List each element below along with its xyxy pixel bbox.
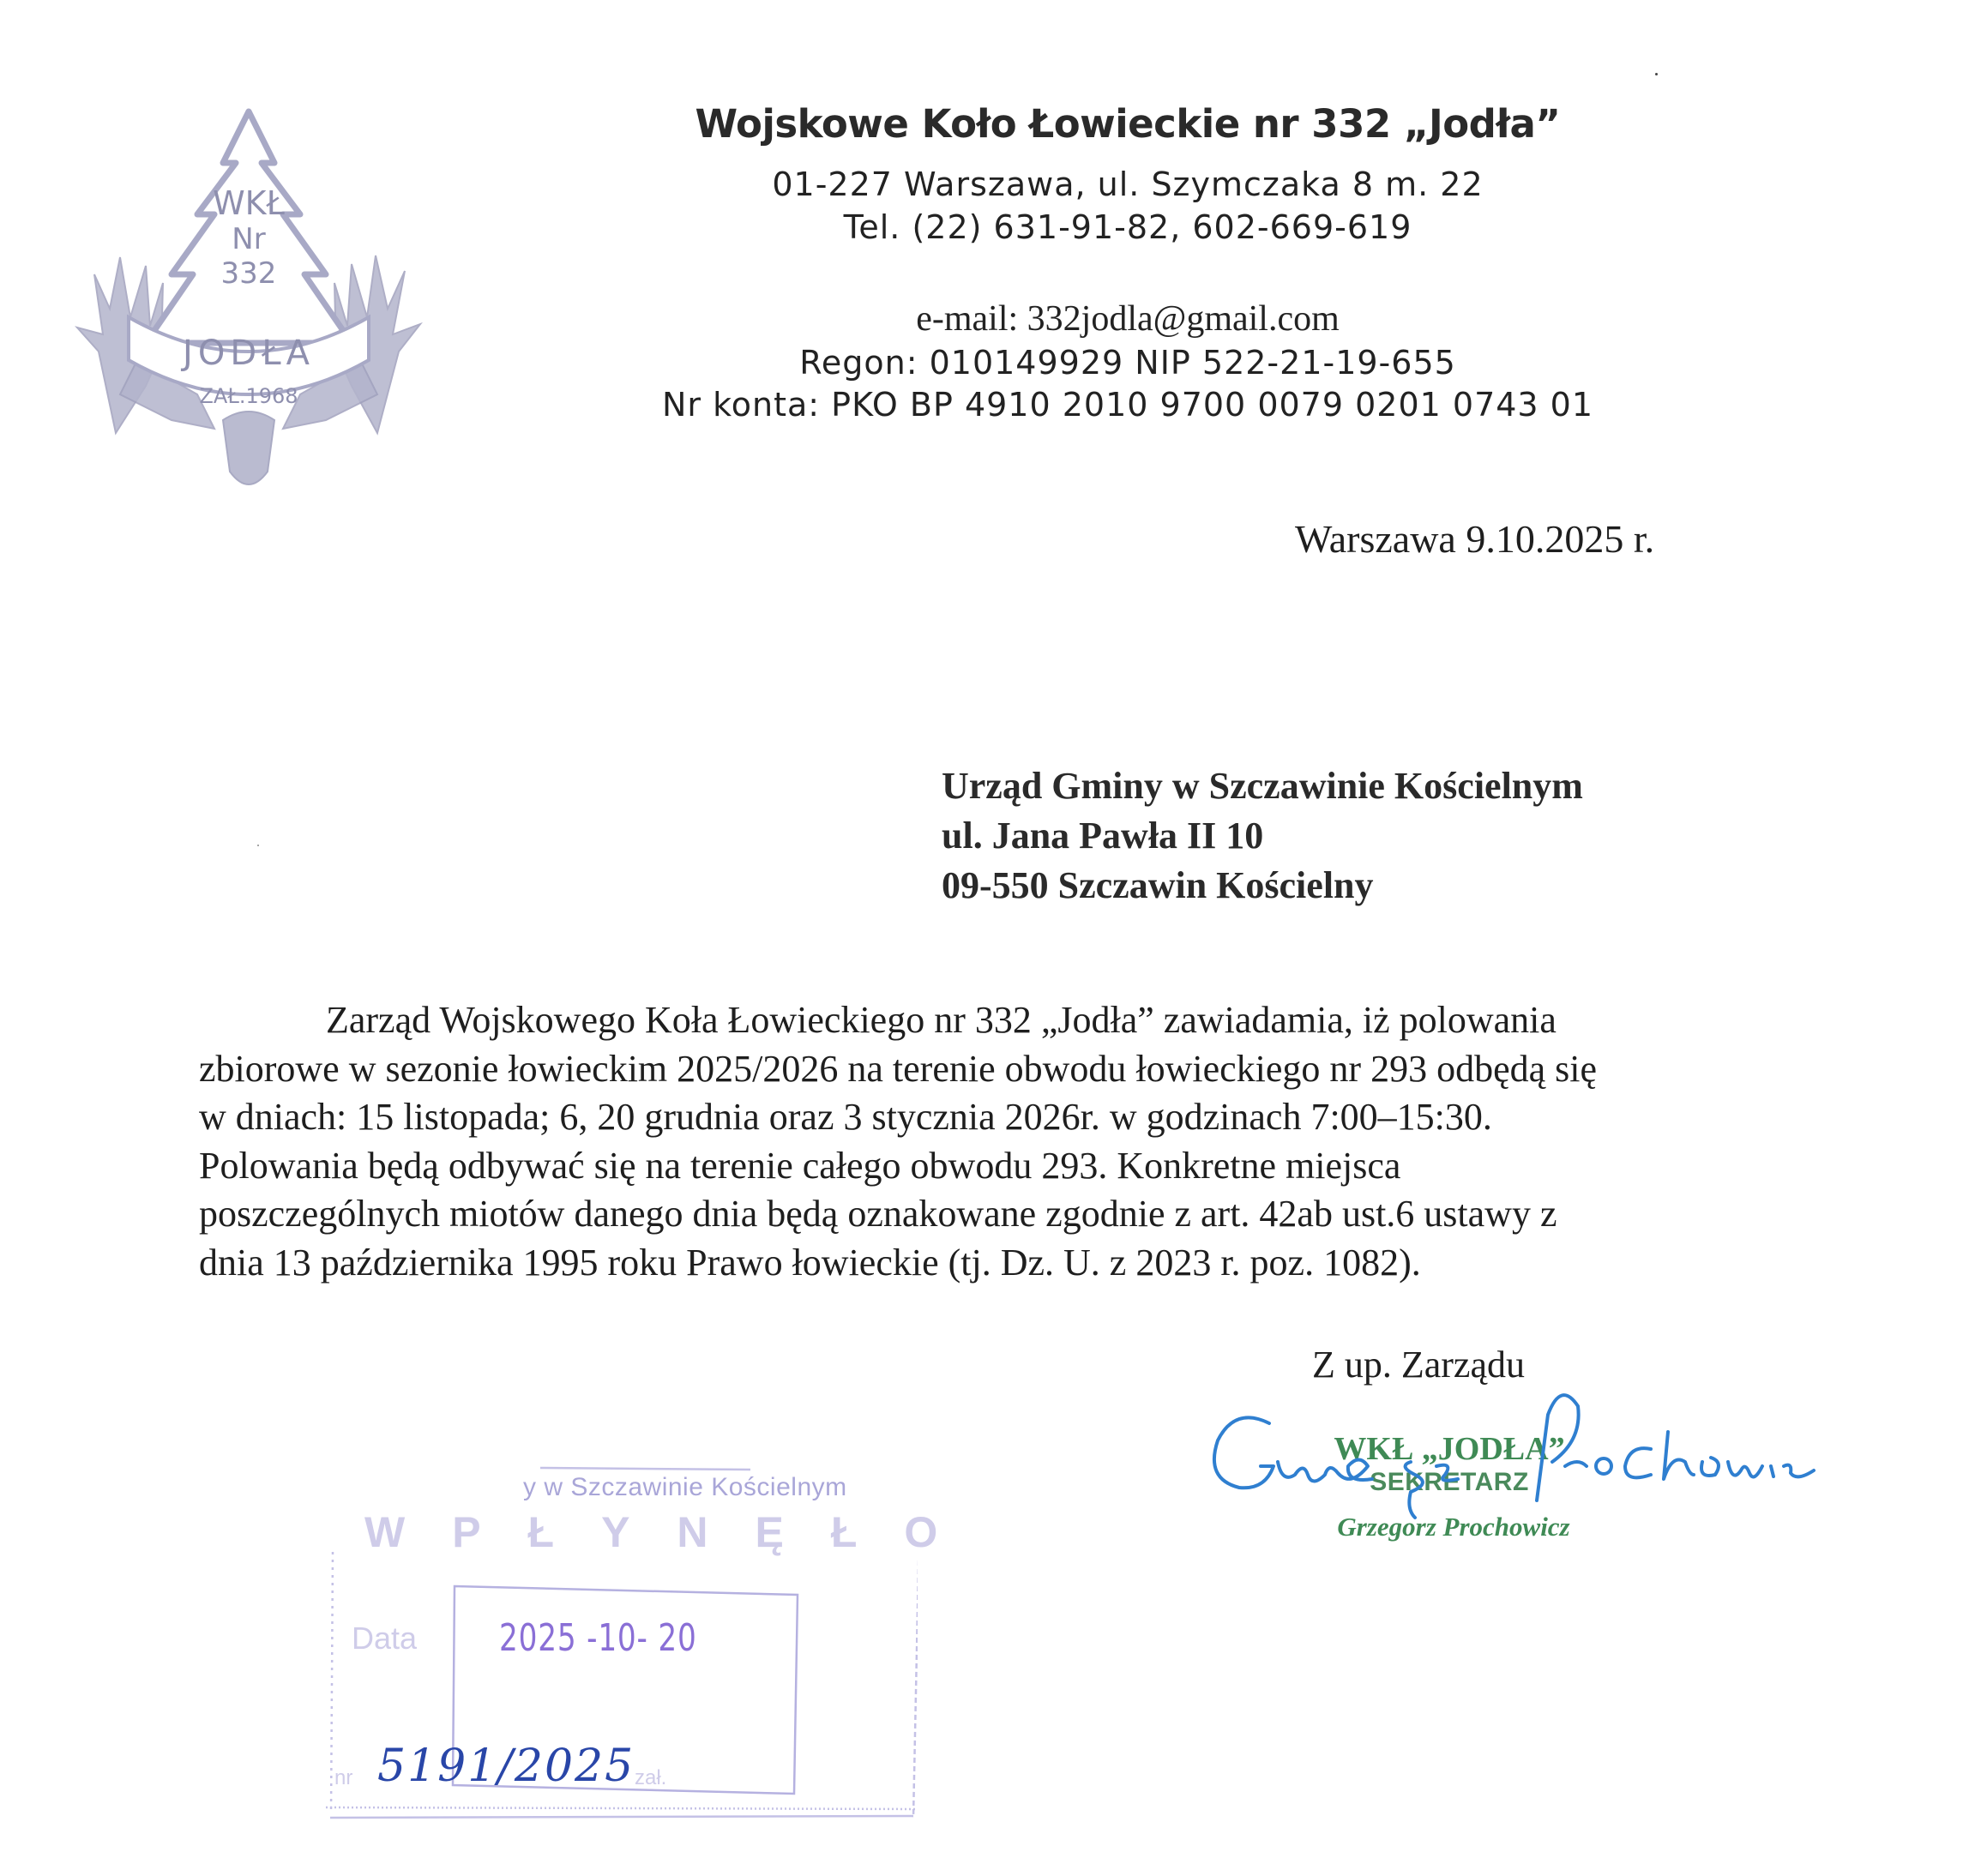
logo-line1: WKŁ: [213, 184, 285, 222]
stamp-date-label: Data: [352, 1620, 417, 1657]
logo-line3: 332: [221, 256, 277, 291]
body-line: dnia 13 października 1995 roku Prawo łow…: [199, 1239, 1760, 1288]
stamp-number-label: nr: [334, 1766, 352, 1790]
body-line: zbiorowe w sezonie łowieckim 2025/2026 n…: [199, 1045, 1760, 1094]
stamp-date-value: 2025 -10- 20: [499, 1616, 697, 1660]
stamp-registration-number: 5191/2025: [377, 1741, 635, 1792]
organization-phone: Tel. (22) 631-91-82, 602-669-619: [600, 208, 1655, 246]
body-line: poszczególnych miotów danego dnia będą o…: [199, 1190, 1760, 1239]
recipient-line: 09-550 Szczawin Kościelny: [942, 861, 1583, 911]
body-line: w dniach: 15 listopada; 6, 20 grudnia or…: [199, 1093, 1760, 1142]
organization-name: Wojskowe Koło Łowieckie nr 332 „Jodła”: [600, 101, 1655, 147]
hunting-club-emblem-icon: WKŁ Nr 332 JODŁA ZAŁ.1968: [69, 103, 429, 506]
body-line: Polowania będą odbywać się na terenie ca…: [199, 1142, 1760, 1191]
organization-email: e-mail: 332jodla@gmail.com: [600, 298, 1655, 340]
handwritten-signature-icon: [1201, 1380, 1818, 1526]
logo-ribbon-text: JODŁA: [180, 334, 315, 373]
body-line: Zarząd Wojskowego Koła Łowieckiego nr 33…: [199, 996, 1760, 1045]
organization-address: 01-227 Warszawa, ul. Szymczaka 8 m. 22: [600, 165, 1655, 203]
organization-bank-account: Nr konta: PKO BP 4910 2010 9700 0079 020…: [600, 386, 1655, 424]
recipient-address: Urząd Gminy w Szczawinie Kościelnym ul. …: [942, 761, 1583, 911]
logo-line2: Nr: [232, 222, 265, 256]
logo-founded: ZAŁ.1968: [199, 384, 298, 408]
stamp-office-name: y w Szczawinie Kościelnym: [523, 1473, 847, 1502]
letter-body: Zarząd Wojskowego Koła Łowieckiego nr 33…: [199, 996, 1760, 1287]
recipient-line: Urząd Gminy w Szczawinie Kościelnym: [942, 761, 1583, 811]
stamp-attachments-label: zał.: [635, 1766, 666, 1790]
recipient-line: ul. Jana Pawła II 10: [942, 811, 1583, 861]
letter-date: Warszawa 9.10.2025 r.: [1295, 516, 1654, 562]
scan-speck: [1655, 73, 1658, 75]
stamp-received-heading: WPŁYNĘŁO: [364, 1507, 984, 1557]
organization-regon-nip: Regon: 010149929 NIP 522-21-19-655: [600, 344, 1655, 382]
scan-speck: [257, 845, 259, 846]
